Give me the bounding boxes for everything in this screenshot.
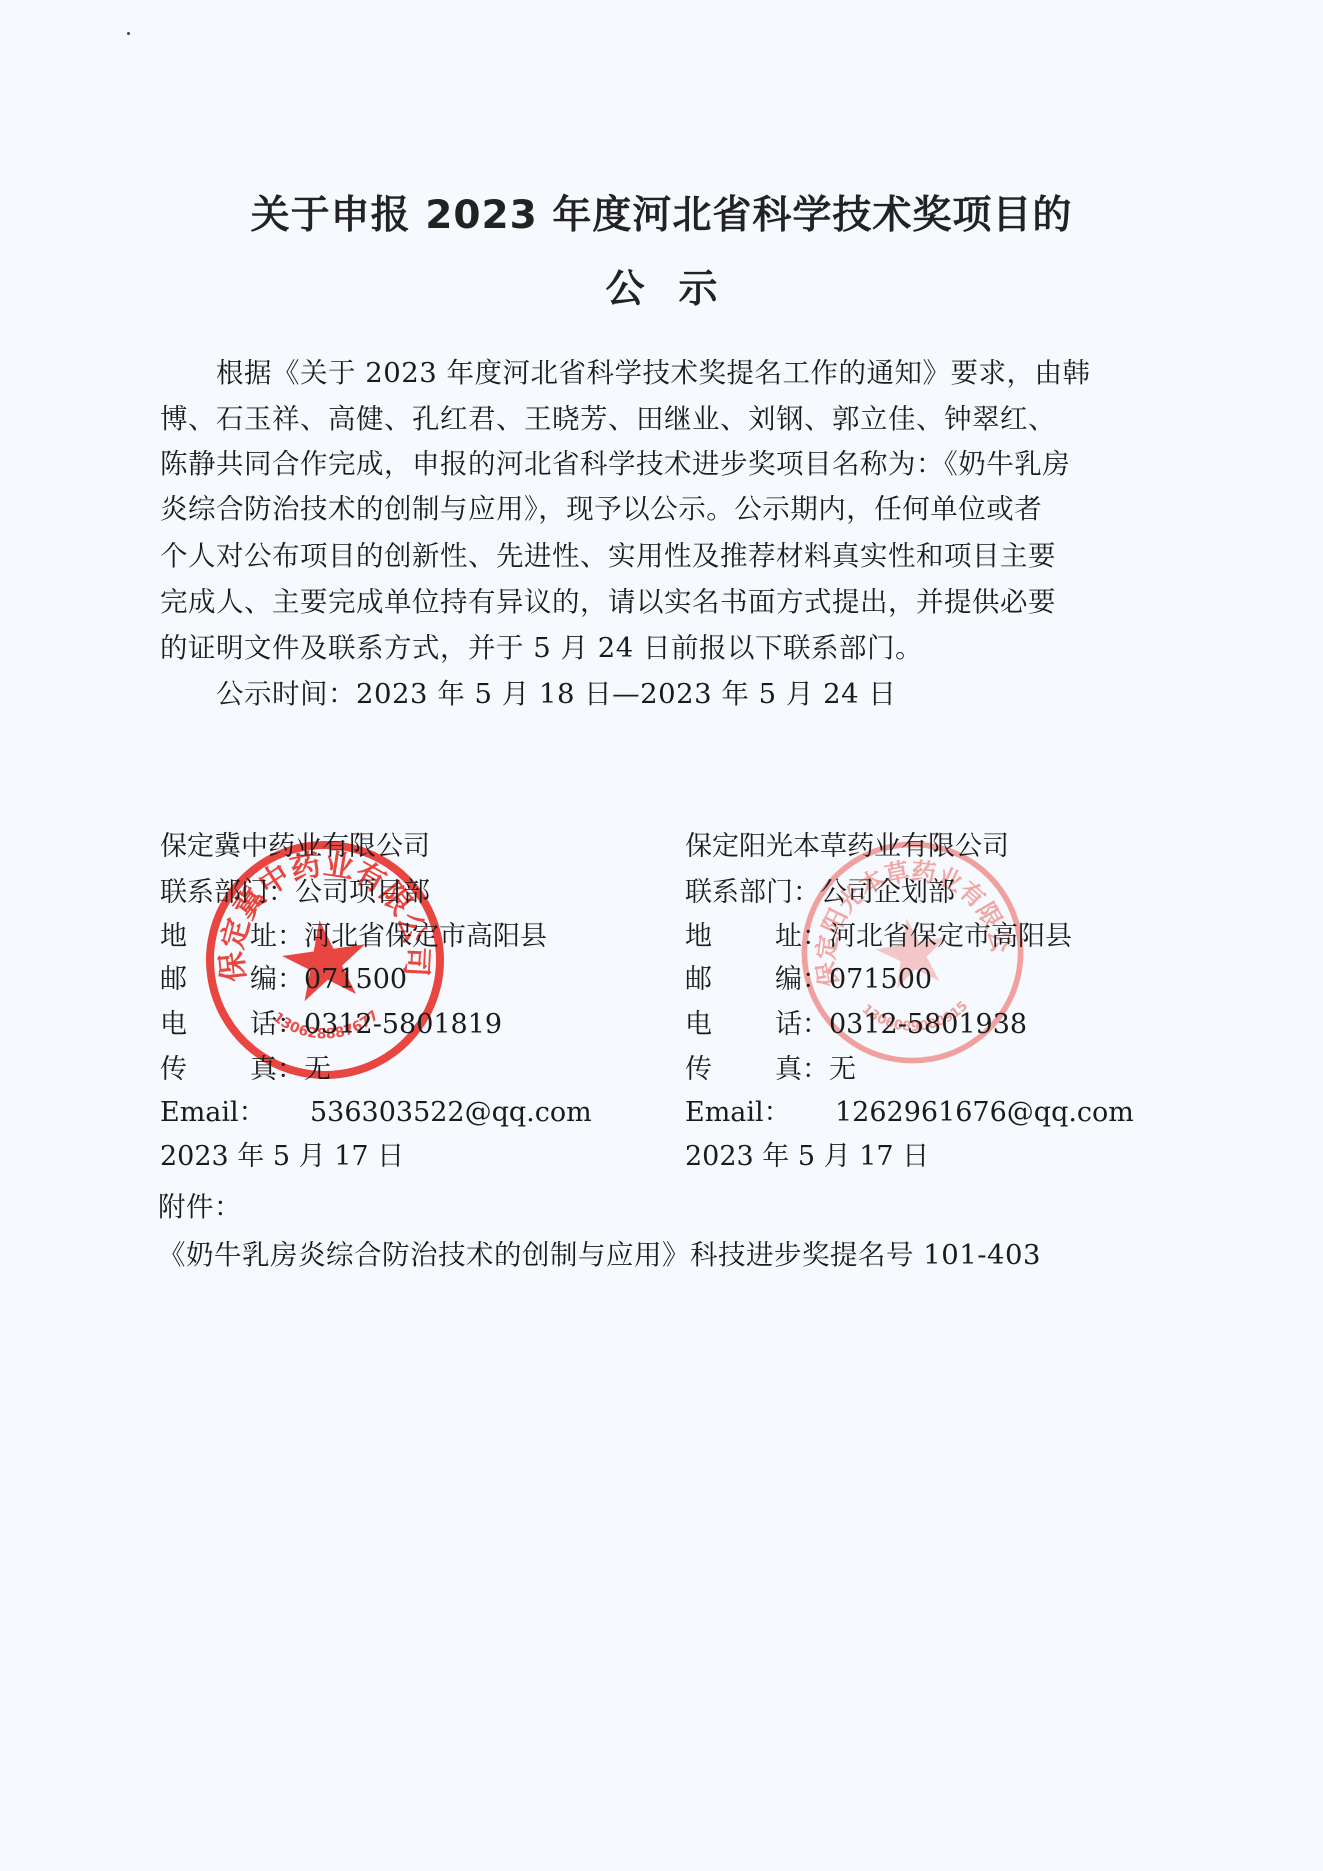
dept-label: 联系部门： — [685, 877, 820, 908]
phone-label: 电 — [160, 1007, 250, 1043]
phone-label-suffix: 话： — [775, 1009, 829, 1040]
fax-label: 传 — [685, 1052, 775, 1088]
contact-fax-row: 传真：无 — [685, 1052, 856, 1088]
address-label-suffix: 址： — [250, 921, 304, 952]
email-link[interactable]: 1262961676@qq.com — [835, 1097, 1134, 1128]
email-link[interactable]: 536303522@qq.com — [310, 1097, 592, 1128]
phone-value: 0312-5801938 — [829, 1009, 1027, 1040]
document-page: 关于申报 2023 年度河北省科学技术奖项目的 公示 根据《关于 2023 年度… — [0, 0, 1323, 1871]
contact-zip-row: 邮编：071500 — [685, 962, 932, 998]
email-label: Email： — [160, 1095, 310, 1131]
scan-speck — [127, 32, 130, 35]
contact-zip-row: 邮编：071500 — [160, 962, 407, 998]
phone-label: 电 — [685, 1007, 775, 1043]
zip-label-suffix: 编： — [250, 964, 304, 995]
company-name: 保定冀中药业有限公司 — [160, 829, 430, 865]
fax-label-suffix: 真： — [250, 1054, 304, 1085]
email-label: Email： — [685, 1095, 835, 1131]
address-label-suffix: 址： — [775, 921, 829, 952]
contact-email-row: Email：1262961676@qq.com — [685, 1095, 1134, 1131]
dept-value: 公司企划部 — [820, 877, 955, 908]
zip-label: 邮 — [685, 962, 775, 998]
dept-label: 联系部门： — [160, 877, 295, 908]
body-line: 炎综合防治技术的创制与应用》，现予以公示。公示期内，任何单位或者 — [160, 491, 1160, 527]
body-line: 完成人、主要完成单位持有异议的，请以实名书面方式提出，并提供必要 — [160, 584, 1160, 620]
dept-value: 公司项目部 — [295, 877, 430, 908]
attachment-item: 《奶牛乳房炎综合防治技术的创制与应用》科技进步奖提名号 101-403 — [158, 1237, 1158, 1273]
body-line: 的证明文件及联系方式，并于 5 月 24 日前报以下联系部门。 — [160, 630, 1160, 666]
company-name: 保定阳光本草药业有限公司 — [685, 829, 1009, 865]
address-value: 河北省保定市高阳县 — [829, 921, 1072, 952]
zip-label-suffix: 编： — [775, 964, 829, 995]
fax-label: 传 — [160, 1052, 250, 1088]
address-value: 河北省保定市高阳县 — [304, 921, 547, 952]
zip-value: 071500 — [829, 964, 932, 995]
address-label: 地 — [160, 919, 250, 955]
body-line: 博、石玉祥、高健、孔红君、王晓芳、田继业、刘钢、郭立佳、钟翠红、 — [160, 401, 1160, 437]
contact-email-row: Email：536303522@qq.com — [160, 1095, 592, 1131]
phone-value: 0312-5801819 — [304, 1009, 502, 1040]
address-label: 地 — [685, 919, 775, 955]
document-subtitle: 公示 — [0, 258, 1323, 314]
body-line: 个人对公布项目的创新性、先进性、实用性及推荐材料真实性和项目主要 — [160, 538, 1160, 574]
contact-dept-row: 联系部门：公司项目部 — [160, 875, 430, 911]
contact-phone-row: 电话：0312-5801938 — [685, 1007, 1027, 1043]
zip-value: 071500 — [304, 964, 407, 995]
contact-address-row: 地址：河北省保定市高阳县 — [160, 919, 547, 955]
body-line: 陈静共同合作完成，申报的河北省科学技术进步奖项目名称为：《奶牛乳房 — [160, 446, 1160, 482]
contact-fax-row: 传真：无 — [160, 1052, 331, 1088]
body-line: 根据《关于 2023 年度河北省科学技术奖提名工作的通知》要求，由韩 — [160, 355, 1160, 391]
attachment-label: 附件： — [158, 1189, 1158, 1225]
fax-label-suffix: 真： — [775, 1054, 829, 1085]
announcement-period: 公示时间：2023 年 5 月 18 日—2023 年 5 月 24 日 — [160, 676, 1160, 712]
contact-phone-row: 电话：0312-5801819 — [160, 1007, 502, 1043]
fax-value: 无 — [304, 1054, 331, 1085]
signature-date: 2023 年 5 月 17 日 — [160, 1139, 404, 1175]
zip-label: 邮 — [160, 962, 250, 998]
fax-value: 无 — [829, 1054, 856, 1085]
contact-dept-row: 联系部门：公司企划部 — [685, 875, 955, 911]
signature-date: 2023 年 5 月 17 日 — [685, 1139, 929, 1175]
contact-address-row: 地址：河北省保定市高阳县 — [685, 919, 1072, 955]
phone-label-suffix: 话： — [250, 1009, 304, 1040]
document-title: 关于申报 2023 年度河北省科学技术奖项目的 — [0, 184, 1323, 240]
